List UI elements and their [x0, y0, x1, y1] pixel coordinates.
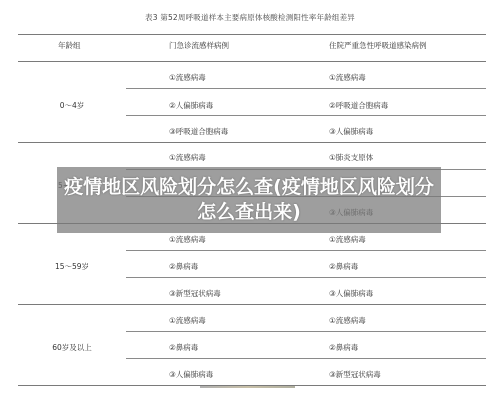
header-age-group: 年龄组 — [58, 40, 81, 51]
row-divider — [126, 277, 486, 278]
row-divider — [126, 88, 486, 89]
header-inpatient: 住院严重急性呼吸道感染病例 — [329, 40, 427, 51]
inpatient-cell: ①流感病毒 — [329, 234, 366, 245]
outpatient-cell: ③呼吸道合胞病毒 — [169, 126, 228, 137]
header-bottom-rule — [18, 61, 486, 62]
age-cell: 15～59岁 — [18, 261, 126, 272]
inpatient-cell: ①流感病毒 — [329, 72, 366, 83]
header-outpatient: 门急诊流感样病例 — [169, 40, 229, 51]
age-cell: 0～4岁 — [18, 100, 126, 111]
outpatient-cell: ②人偏肺病毒 — [169, 100, 213, 111]
outpatient-cell: ②鼻病毒 — [169, 261, 198, 272]
table-top-rule — [18, 34, 486, 35]
age-cell: 60岁及以上 — [18, 342, 126, 353]
inpatient-cell: ③人偏肺病毒 — [329, 126, 373, 137]
outpatient-cell: ③人偏肺病毒 — [169, 369, 213, 380]
overlay-title: 疫情地区风险划分怎么查(疫情地区风险划分怎么查出来) — [57, 167, 441, 233]
decorative-strip — [200, 386, 295, 388]
row-divider — [126, 331, 486, 332]
row-divider — [126, 358, 486, 359]
inpatient-cell: ③新型冠状病毒 — [329, 369, 381, 380]
group-divider — [18, 304, 486, 305]
outpatient-cell: ①流感病毒 — [169, 315, 206, 326]
outpatient-cell: ①流感病毒 — [169, 234, 206, 245]
inpatient-cell: ②鼻病毒 — [329, 261, 358, 272]
outpatient-cell: ①流感病毒 — [169, 152, 206, 163]
outpatient-cell: ③新型冠状病毒 — [169, 288, 221, 299]
table-caption: 表3 第52周呼吸道样本主要病原体核酸检测阳性率年龄组差异 — [0, 12, 500, 23]
inpatient-cell: ③人偏肺病毒 — [329, 288, 373, 299]
outpatient-cell: ②鼻病毒 — [169, 342, 198, 353]
outpatient-cell: ①流感病毒 — [169, 72, 206, 83]
row-divider — [126, 115, 486, 116]
inpatient-cell: ②呼吸道合胞病毒 — [329, 100, 388, 111]
group-divider — [18, 142, 486, 143]
row-divider — [126, 250, 486, 251]
inpatient-cell: ①流感病毒 — [329, 315, 366, 326]
inpatient-cell: ①肺炎支原体 — [329, 152, 373, 163]
inpatient-cell: ②鼻病毒 — [329, 342, 358, 353]
